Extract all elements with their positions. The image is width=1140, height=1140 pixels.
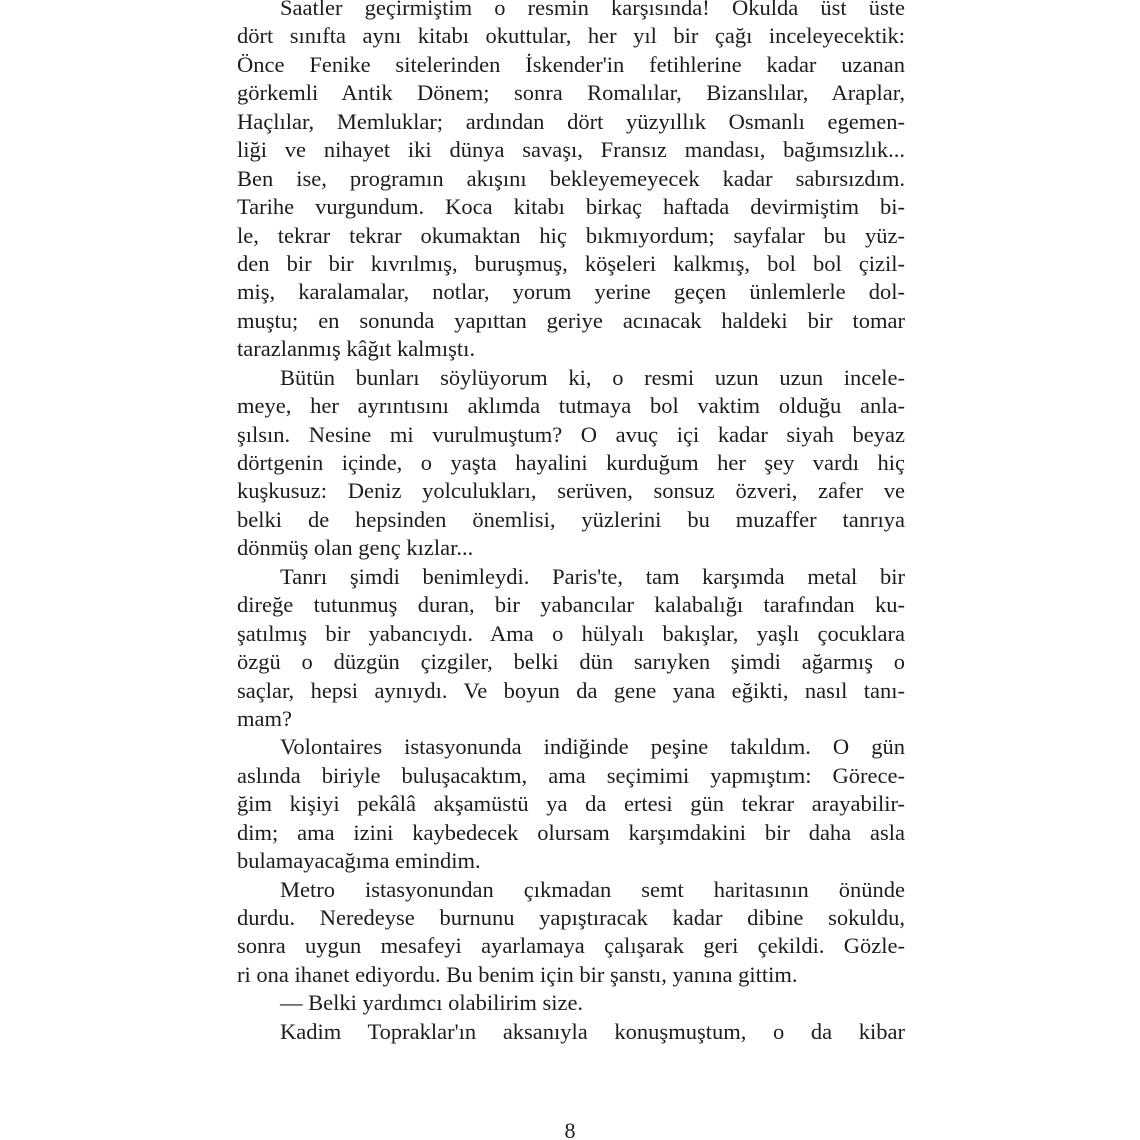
text-line: özgü o düzgün çizgiler, belki dün sarıyk… xyxy=(237,648,905,676)
text-line: şılsın. Nesine mi vurulmuştum? O avuç iç… xyxy=(237,421,905,449)
text-line: ğim kişiyi pekâlâ akşamüstü ya da ertesi… xyxy=(237,790,905,818)
text-line: muştu; en sonunda yapıttan geriye acınac… xyxy=(237,307,905,335)
text-line: sonra uygun mesafeyi ayarlamaya çalışara… xyxy=(237,932,905,960)
paragraph: Volontaires istasyonunda indiğinde peşin… xyxy=(237,733,905,875)
text-line: mam? xyxy=(237,705,905,733)
text-line: ri ona ihanet ediyordu. Bu benim için bi… xyxy=(237,961,905,989)
paragraph: Metro istasyonundan çıkmadan semt harita… xyxy=(237,876,905,990)
text-line: görkemli Antik Dönem; sonra Romalılar, B… xyxy=(237,79,905,107)
text-line: liği ve nihayet iki dünya savaşı, Fransı… xyxy=(237,136,905,164)
text-line: Saatler geçirmiştim o resmin karşısında!… xyxy=(237,0,905,22)
text-line: saçlar, hepsi aynıydı. Ve boyun da gene … xyxy=(237,677,905,705)
paragraph: Tanrı şimdi benimleydi. Paris'te, tam ka… xyxy=(237,563,905,734)
text-line: dörtgenin içinde, o yaşta hayalini kurdu… xyxy=(237,449,905,477)
text-line: Tanrı şimdi benimleydi. Paris'te, tam ka… xyxy=(237,563,905,591)
text-line: dönmüş olan genç kızlar... xyxy=(237,534,905,562)
text-line: şatılmış bir yabancıydı. Ama o hülyalı b… xyxy=(237,620,905,648)
text-line: dim; ama izini kaybedecek olursam karşım… xyxy=(237,819,905,847)
text-line: dört sınıfta aynı kitabı okuttular, her … xyxy=(237,22,905,50)
paragraph: Kadim Topraklar'ın aksanıyla konuşmuştum… xyxy=(237,1018,905,1046)
text-line: Haçlılar, Memluklar; ardından dört yüzyı… xyxy=(237,108,905,136)
text-line: den bir bir kıvrılmış, buruşmuş, köşeler… xyxy=(237,250,905,278)
text-line: le, tekrar tekrar okumaktan hiç bıkmıyor… xyxy=(237,222,905,250)
paragraph: Saatler geçirmiştim o resmin karşısında!… xyxy=(237,0,905,364)
text-line: belki de hepsinden önemlisi, yüzlerini b… xyxy=(237,506,905,534)
text-line: durdu. Neredeyse burnunu yapıştıracak ka… xyxy=(237,904,905,932)
page-number: 8 xyxy=(0,1118,1140,1140)
text-line: Tarihe vurgundum. Koca kitabı birkaç haf… xyxy=(237,193,905,221)
text-line: Bütün bunları söylüyorum ki, o resmi uzu… xyxy=(237,364,905,392)
text-line: bulamayacağıma emindim. xyxy=(237,847,905,875)
text-line: — Belki yardımcı olabilirim size. xyxy=(237,989,905,1017)
text-line: direğe tutunmuş duran, bir yabancılar ka… xyxy=(237,591,905,619)
text-line: Metro istasyonundan çıkmadan semt harita… xyxy=(237,876,905,904)
text-line: Önce Fenike sitelerinden İskender'in fet… xyxy=(237,51,905,79)
text-line: tarazlanmış kâğıt kalmıştı. xyxy=(237,335,905,363)
text-line: Kadim Topraklar'ın aksanıyla konuşmuştum… xyxy=(237,1018,905,1046)
text-line: kuşkusuz: Deniz yolculukları, serüven, s… xyxy=(237,477,905,505)
text-line: meye, her ayrıntısını aklımda tutmaya bo… xyxy=(237,392,905,420)
text-line: miş, karalamalar, notlar, yorum yerine g… xyxy=(237,278,905,306)
text-line: aslında biriyle buluşacaktım, ama seçimi… xyxy=(237,762,905,790)
paragraph: Bütün bunları söylüyorum ki, o resmi uzu… xyxy=(237,364,905,563)
dialogue-paragraph: — Belki yardımcı olabilirim size. xyxy=(237,989,905,1017)
text-line: Ben ise, programın akışını bekleyemeyece… xyxy=(237,165,905,193)
text-line: Volontaires istasyonunda indiğinde peşin… xyxy=(237,733,905,761)
book-page-body: Saatler geçirmiştim o resmin karşısında!… xyxy=(237,0,905,1046)
